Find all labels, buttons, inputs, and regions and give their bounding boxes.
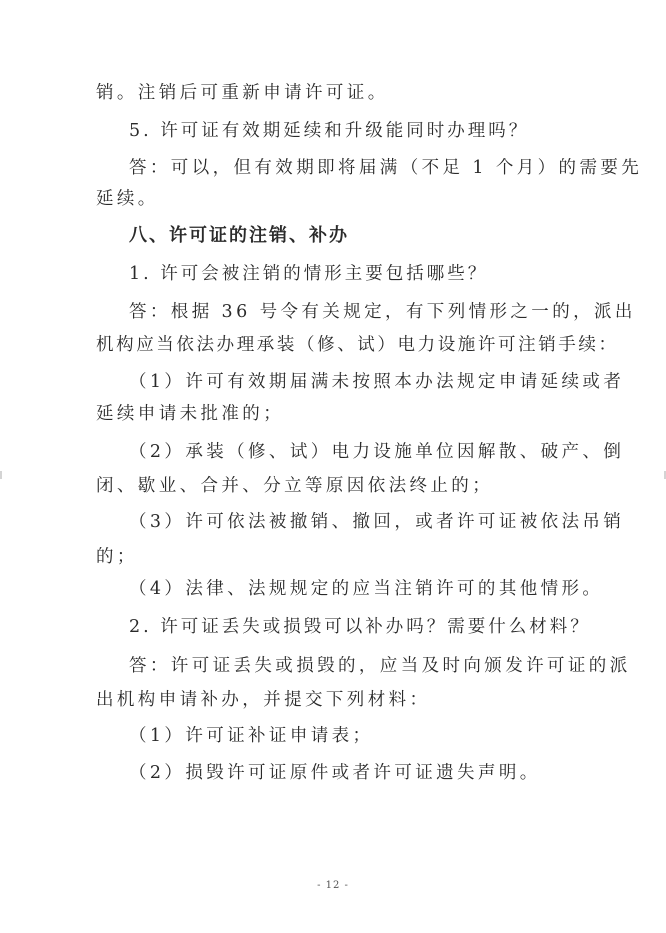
list-item-1: （1）许可证补证申请表； (129, 725, 609, 747)
text-line: 延续。 (96, 188, 576, 210)
text-line: 销。注销后可重新申请许可证。 (96, 82, 576, 104)
question-1: 1. 许可会被注销的情形主要包括哪些？ (129, 263, 609, 285)
answer-2: 答：许可证丢失或损毁的，应当及时向颁发许可证的派 (129, 655, 609, 677)
list-item-1: （1）许可有效期届满未按照本办法规定申请延续或者 (129, 371, 609, 393)
answer-5: 答：可以，但有效期即将届满（不足 1 个月）的需要先 (129, 157, 609, 179)
section-heading: 八、许可证的注销、补办 (129, 225, 609, 247)
list-item-2: （2）承装（修、试）电力设施单位因解散、破产、倒 (129, 441, 609, 463)
list-item-2: （2）损毁许可证原件或者许可证遗失声明。 (129, 762, 609, 784)
text-line: 闭、歇业、合并、分立等原因依法终止的； (96, 475, 576, 497)
binding-mark-left (0, 471, 2, 479)
list-item-4: （4）法律、法规规定的应当注销许可的其他情形。 (129, 578, 609, 600)
text-line: 延续申请未批准的； (96, 403, 576, 425)
text-line: 机构应当依法办理承装（修、试）电力设施许可注销手续： (96, 334, 576, 356)
answer-1: 答：根据 36 号令有关规定，有下列情形之一的，派出 (129, 301, 609, 323)
text-line: 出机构申请补办，并提交下列材料： (96, 689, 576, 711)
document-page: 销。注销后可重新申请许可证。 5. 许可证有效期延续和升级能同时办理吗？ 答：可… (0, 0, 666, 933)
question-5: 5. 许可证有效期延续和升级能同时办理吗？ (129, 120, 609, 142)
question-2: 2. 许可证丢失或损毁可以补办吗？需要什么材料？ (129, 616, 609, 638)
page-number: - 12 - (0, 880, 666, 891)
text-line: 的； (96, 546, 576, 568)
list-item-3: （3）许可依法被撤销、撤回，或者许可证被依法吊销 (129, 511, 609, 533)
